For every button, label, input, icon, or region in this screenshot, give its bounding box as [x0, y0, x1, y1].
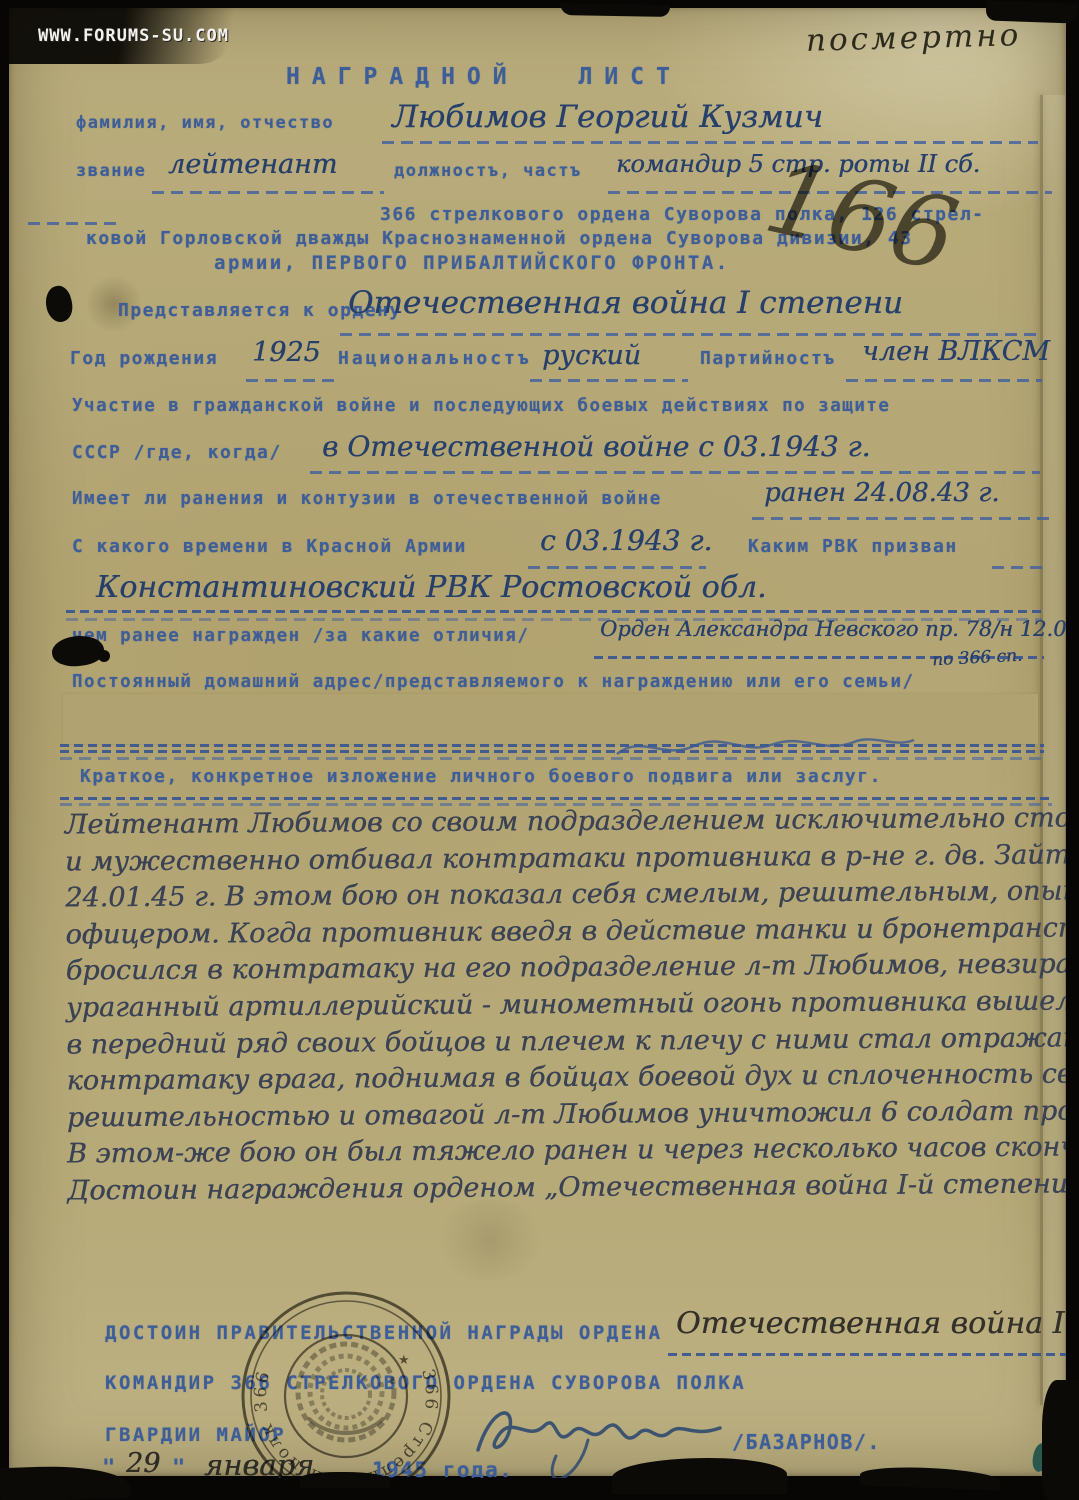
document-title: НАГРАДНОЙ ЛИСТ: [286, 64, 682, 90]
birth-label: Год рождения: [70, 348, 218, 369]
previous-awards-value: Орден Александра Невского пр. 78/н 12.09…: [600, 617, 1079, 641]
nationality-value: руский: [542, 340, 641, 371]
underline: [668, 1353, 1079, 1356]
underline: [246, 379, 338, 382]
underline: [66, 610, 1042, 613]
posthumous-note: посмертно: [806, 17, 1022, 59]
wounds-value: ранен 24.08.43 г.: [764, 478, 1000, 508]
worthy-value: Отечественная война I степени: [676, 1306, 1079, 1341]
torn-edge-blob: [1042, 1380, 1079, 1500]
signature-name: /БАЗАРНОВ/.: [732, 1430, 881, 1454]
address-label: Постоянный домашний адрес/представляемог…: [72, 672, 915, 692]
underline: [528, 566, 706, 569]
fold-crease-highlight: [1043, 95, 1065, 1425]
torn-edge-blob: [612, 1458, 787, 1494]
torn-edge-blob: [300, 1472, 390, 1488]
underline: [846, 379, 1042, 382]
rvk-value: Константиновский РВК Ростовской обл.: [96, 570, 767, 605]
feat-description-paragraph: Лейтенант Любимов со своим подразделение…: [65, 800, 1076, 1210]
nationality-label: Национальностъ: [338, 348, 532, 369]
feat-line: Достоин награждения орденом „Отечественн…: [67, 1166, 1075, 1210]
paper-stain: [430, 1200, 550, 1280]
date-day: 29: [126, 1448, 160, 1479]
torn-edge-blob: [986, 0, 1079, 23]
party-value: член ВЛКСМ: [862, 336, 1050, 367]
feat-section-label: Краткое, конкретное изложение личного бо…: [80, 766, 882, 787]
unit-line-3: армии, ПЕРВОГО ПРИБАЛТИЙСКОГО ФРОНТА.: [214, 252, 730, 274]
fio-value: Любимов Георгий Кузмич: [392, 99, 823, 135]
wounds-label: Имеет ли ранения и контузии в отечествен…: [72, 489, 662, 509]
watermark: WWW.FORUMS-SU.COM: [38, 26, 229, 46]
partial-handwriting-scribble: [612, 726, 922, 766]
previous-awards-label: чем ранее награжден /за какие отличия/: [72, 626, 529, 646]
participation-label: Участие в гражданской войне и последующи…: [72, 396, 890, 416]
torn-edge-blob: [560, 3, 670, 17]
underline: [992, 566, 1044, 569]
rank-label: звание: [76, 161, 146, 181]
rank-value: лейтенант: [168, 149, 337, 180]
rvk-label: Каким РВК призван: [748, 536, 958, 557]
underline: [310, 471, 1040, 474]
scanned-award-document: WWW.FORUMS-SU.COM посмертно 166 НАГРАДНО…: [0, 0, 1079, 1500]
fio-label: фамилия, имя, отчество: [76, 113, 334, 133]
position-label: должностъ, частъ: [394, 161, 582, 181]
party-label: Партийностъ: [700, 348, 836, 369]
scan-edge-right: [1066, 0, 1079, 1500]
unit-round-stamp: 366 Стрелковый полк 366 ★: [238, 1288, 454, 1500]
award-value: Отечественная война I степени: [348, 285, 903, 321]
scan-edge-top: [0, 0, 1079, 8]
separator-dashes: [60, 797, 1052, 800]
birth-value: 1925: [252, 337, 321, 368]
paper-hole: [98, 650, 110, 662]
scan-edge-left: [0, 0, 9, 1500]
underline: [382, 141, 1038, 144]
service-label: С какого времени в Красной Армии: [72, 536, 467, 557]
ussr-value: в Отечественной войне с 03.1943 г.: [322, 430, 870, 463]
ussr-label: СССР /где, когда/: [72, 442, 282, 463]
service-value: с 03.1943 г.: [540, 524, 712, 557]
underline: [530, 379, 688, 382]
underline: [752, 517, 1052, 520]
underline: [28, 222, 123, 225]
stamp-star-icon: ★: [398, 1352, 410, 1367]
underline: [152, 191, 384, 194]
